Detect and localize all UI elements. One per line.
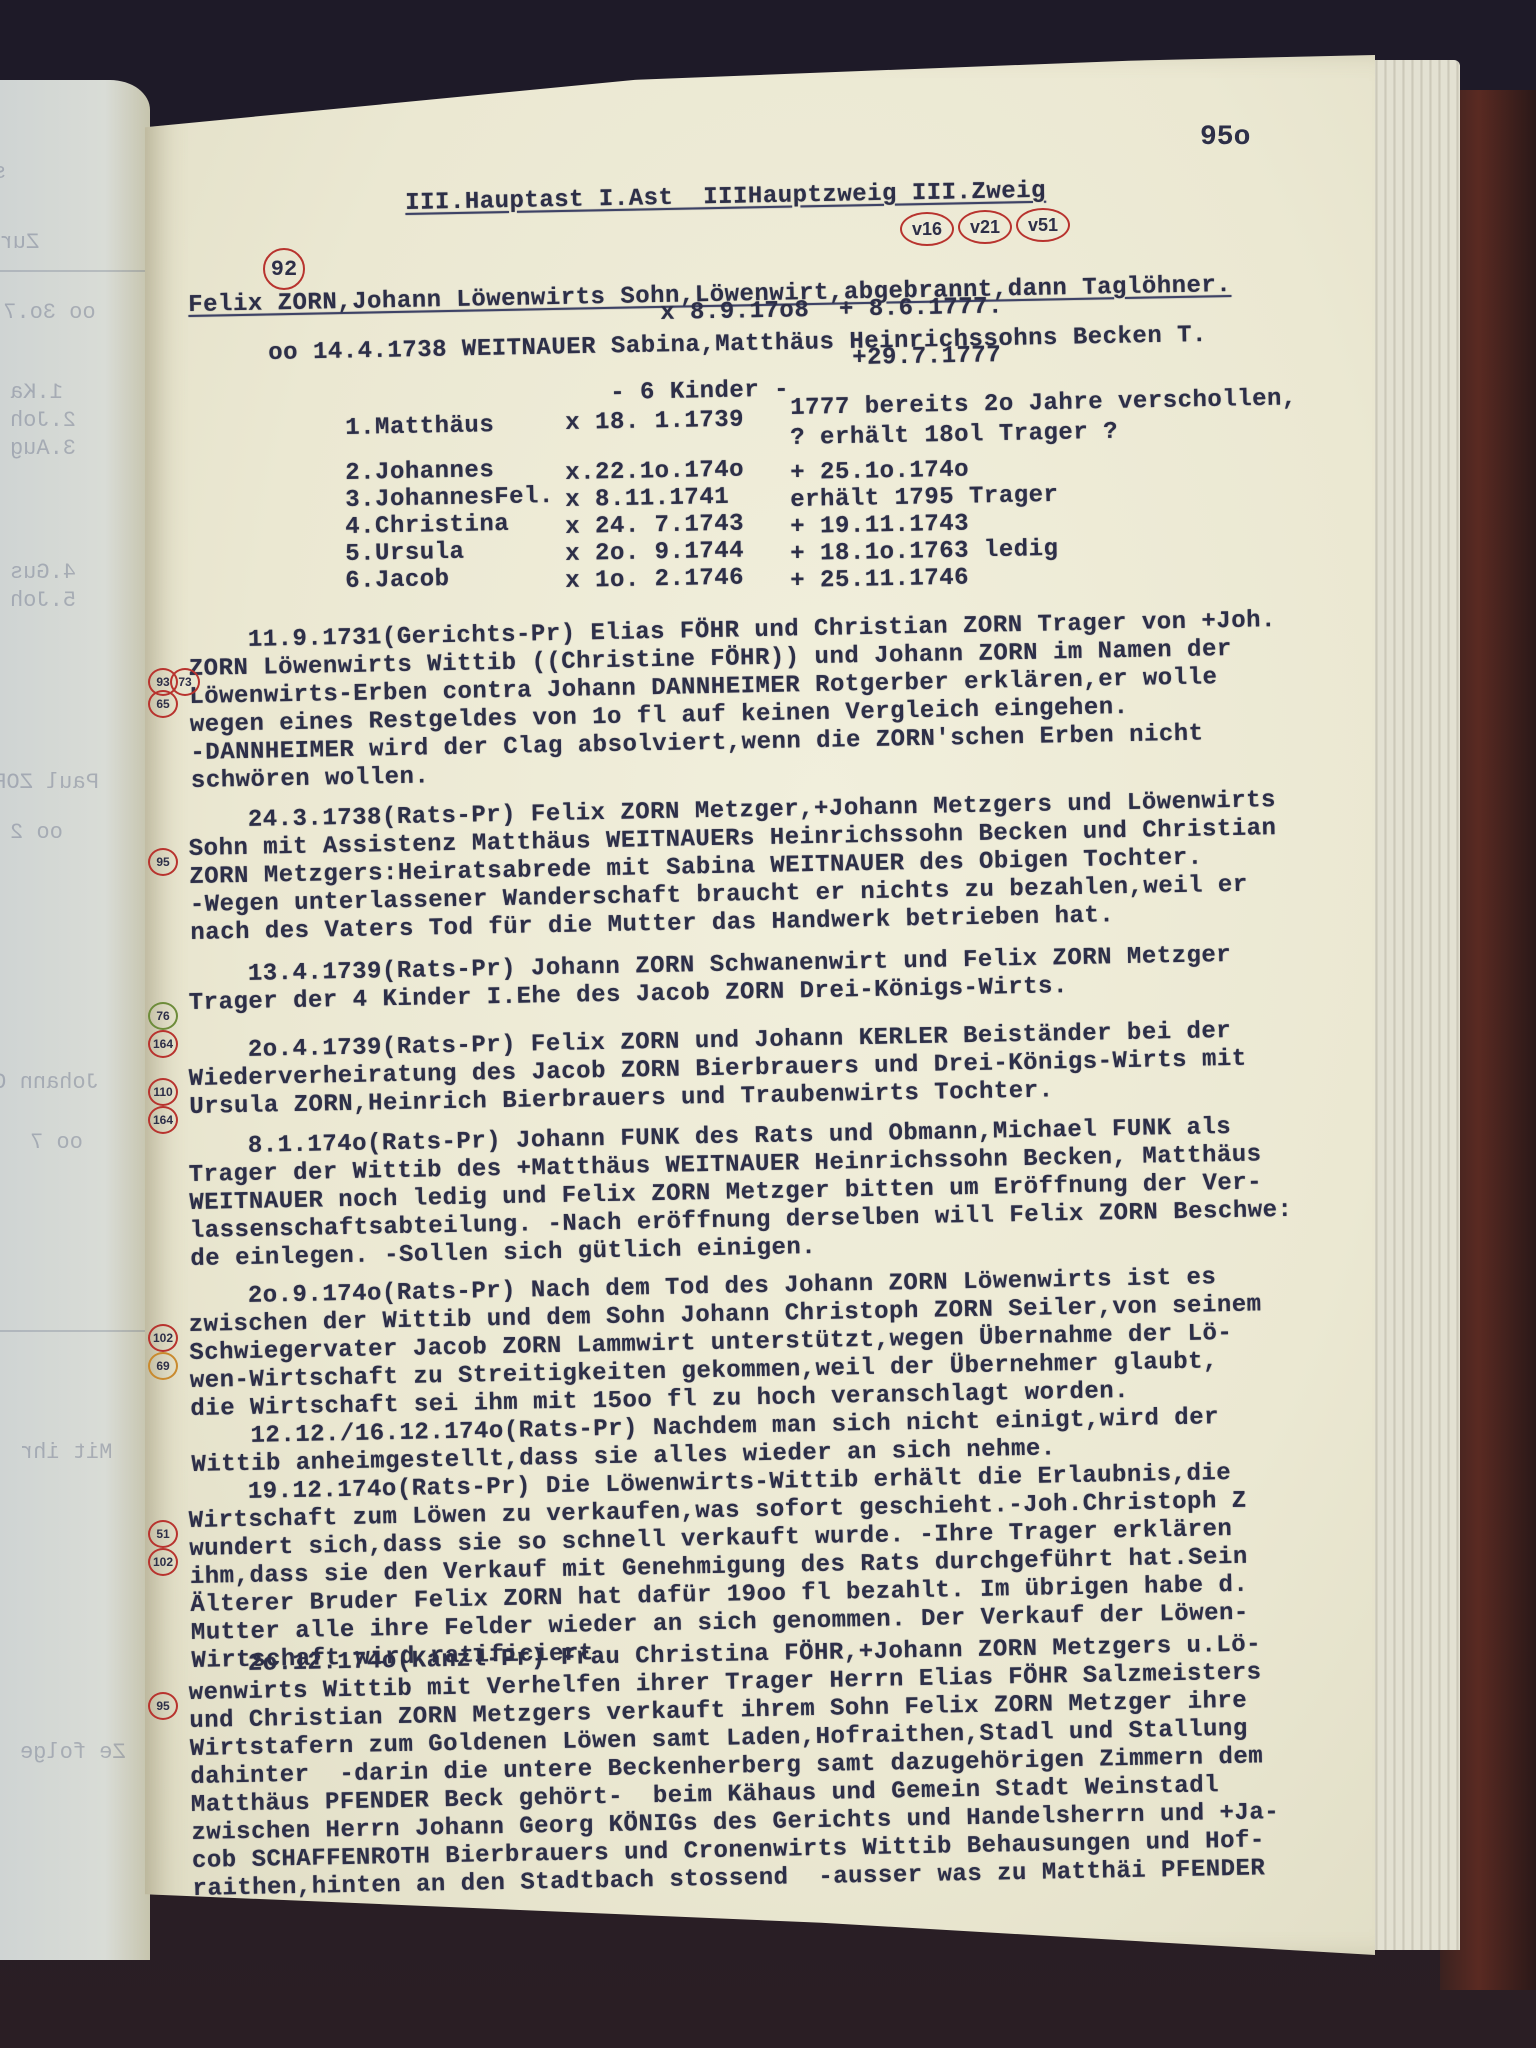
ref-circle: v16 xyxy=(900,212,954,246)
child-name: 2.Johannes xyxy=(345,457,495,487)
margin-ref-circle: 102 xyxy=(148,1548,178,1576)
margin-ref-circle: 102 xyxy=(148,1324,178,1352)
entry-paragraph: 8.1.174o(Rats-Pr) Johann FUNK des Rats u… xyxy=(188,1111,1370,1274)
child-birth: x 1o. 2.1746 xyxy=(565,565,744,595)
left-page: sk Zurhey oo 3o.7. 1.Ka 2.Joh 3.Aug 4.Gu… xyxy=(0,80,150,1960)
left-page-rule xyxy=(0,270,150,272)
left-page-ghost-text: 3.Aug xyxy=(10,436,76,461)
child-note: + 25.1o.174o xyxy=(790,457,969,487)
ref-circle: v51 xyxy=(1016,208,1070,242)
child-name: 4.Christina xyxy=(345,511,509,541)
left-page-ghost-text: oo 2 xyxy=(10,820,63,845)
margin-ref-circle: 95 xyxy=(148,848,178,876)
left-page-ghost-text: sk xyxy=(0,160,6,185)
entry-paragraph: 2o.9.174o(Rats-Pr) Nach dem Tod des Joha… xyxy=(188,1261,1372,1480)
margin-ref-circle: 95 xyxy=(148,1692,178,1720)
children-heading: - 6 Kinder - xyxy=(610,377,789,407)
left-page-ghost-text: Paul ZORN xyxy=(0,770,99,795)
margin-ref-circle: 164 xyxy=(148,1030,178,1058)
child-note: + 18.1o.1763 ledig xyxy=(790,536,1059,568)
entry-paragraph: 24.3.1738(Rats-Pr) Felix ZORN Metzger,+J… xyxy=(188,785,1370,948)
child-birth: x 2o. 9.1744 xyxy=(565,538,744,568)
spouse-death: +29.7.1777 xyxy=(852,342,1002,372)
child-name: 5.Ursula xyxy=(345,539,465,568)
left-page-ghost-text: Ze folge xyxy=(20,1740,126,1765)
left-page-ghost-text: Johann Gu xyxy=(0,1070,99,1095)
margin-ref-circle: 73 xyxy=(170,668,200,696)
child-name: 6.Jacob xyxy=(345,566,450,595)
child-note: + 19.11.1743 xyxy=(790,511,969,541)
child-name: 1.Matthäus xyxy=(345,412,495,442)
person-ref-circle: 92 xyxy=(263,248,305,290)
margin-ref-circle: 51 xyxy=(148,1520,178,1548)
child-birth: x 24. 7.1743 xyxy=(565,511,744,541)
margin-ref-circle: 164 xyxy=(148,1106,178,1134)
entry-paragraph: 2o.12.174o(Kanzl-Pr) Frau Christina FÖHR… xyxy=(188,1629,1373,1904)
child-birth: x.22.1o.174o xyxy=(565,457,744,487)
margin-ref-circle: 69 xyxy=(148,1352,178,1380)
left-page-ghost-text: Mit ihr xyxy=(20,1440,112,1465)
entry-paragraph: 11.9.1731(Gerichts-Pr) Elias FÖHR und Ch… xyxy=(188,605,1371,796)
left-page-ghost-text: 1.Ka xyxy=(10,380,63,405)
child-birth: x 8.11.1741 xyxy=(565,484,729,514)
page-number: 95o xyxy=(1200,122,1250,153)
left-page-ghost-text: 4.Gus xyxy=(10,560,76,585)
left-page-rule xyxy=(0,1330,150,1332)
margin-ref-circle: 76 xyxy=(148,1002,178,1030)
margin-ref-circle: 65 xyxy=(148,690,178,718)
left-page-ghost-text: 5.Joh xyxy=(10,588,76,613)
left-page-ghost-text: oo 7 xyxy=(30,1130,83,1155)
ref-circle: v21 xyxy=(958,210,1012,244)
page-stack-edges xyxy=(1360,60,1460,1950)
left-page-ghost-text: oo 3o.7. xyxy=(0,300,96,325)
child-name: 3.JohannesFel. xyxy=(345,483,554,514)
child-birth: x 18. 1.1739 xyxy=(565,407,744,437)
left-page-ghost-text: 2.Joh xyxy=(10,408,76,433)
margin-ref-circle: 110 xyxy=(148,1078,178,1106)
child-note: erhält 1795 Trager xyxy=(790,482,1059,514)
left-page-ghost-text: Zurhey xyxy=(0,230,39,255)
child-note: + 25.11.1746 xyxy=(790,565,969,595)
